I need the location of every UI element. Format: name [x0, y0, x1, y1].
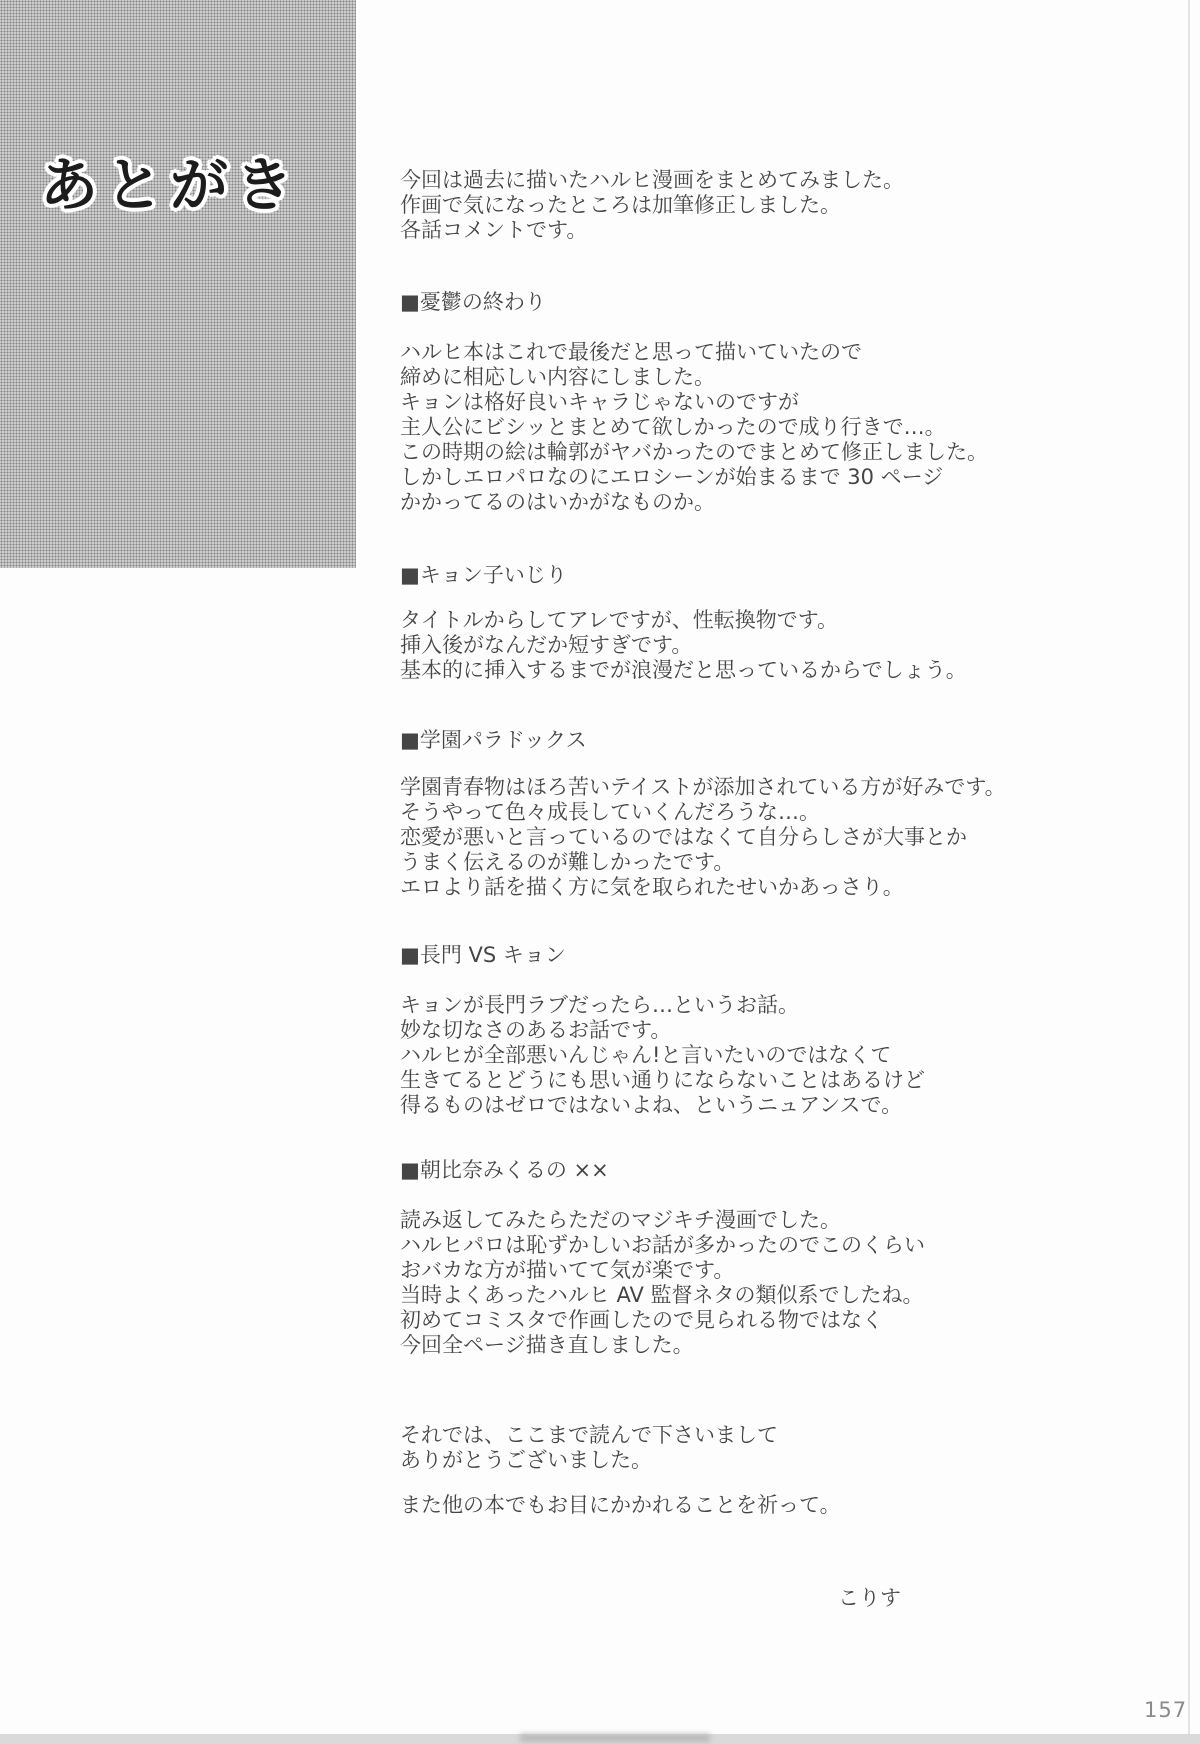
- section-heading: ■長門 VS キョン: [400, 943, 1040, 968]
- section-body: タイトルからしてアレですが、性転換物です。 挿入後がなんだか短すぎです。 基本的…: [400, 608, 1040, 683]
- section-body: 学園青春物はほろ苦いテイストが添加されている方が好みです。 そうやって色々成長し…: [400, 775, 1040, 900]
- page-number: 157: [1144, 1698, 1187, 1722]
- intro-paragraph: 今回は過去に描いたハルヒ漫画をまとめてみました。 作画で気になったところは加筆修…: [400, 168, 1040, 243]
- section-body: 読み返してみたらただのマジキチ漫画でした。 ハルヒパロは恥ずかしいお話が多かった…: [400, 1208, 1040, 1358]
- section-heading: ■キョン子いじり: [400, 563, 1040, 588]
- afterword-title: あとがき: [40, 138, 300, 222]
- section-heading: ■学園パラドックス: [400, 728, 1040, 753]
- afterword-title-box: あとがき: [0, 0, 356, 568]
- section-body: キョンが長門ラブだったら…というお話。 妙な切なさのあるお話です。 ハルヒが全部…: [400, 993, 1040, 1118]
- author-signature: こりす: [400, 1586, 1040, 1611]
- closing-paragraph: また他の本でもお目にかかれることを祈って。: [400, 1493, 1040, 1518]
- scan-page-edge-line: [1188, 0, 1190, 1744]
- section-heading: ■憂鬱の終わり: [400, 290, 1040, 315]
- section-heading: ■朝比奈みくるの ××: [400, 1158, 1040, 1183]
- afterword-page: あとがき 今回は過去に描いたハルヒ漫画をまとめてみました。 作画で気になったとこ…: [0, 0, 1200, 1744]
- closing-paragraph: それでは、ここまで読んで下さいまして ありがとうございました。: [400, 1423, 1040, 1473]
- section-body: ハルヒ本はこれで最後だと思って描いていたので 締めに相応しい内容にしました。 キ…: [400, 340, 1040, 515]
- scan-bottom-smudge: [520, 1734, 710, 1742]
- afterword-text-column: 今回は過去に描いたハルヒ漫画をまとめてみました。 作画で気になったところは加筆修…: [400, 0, 1040, 1611]
